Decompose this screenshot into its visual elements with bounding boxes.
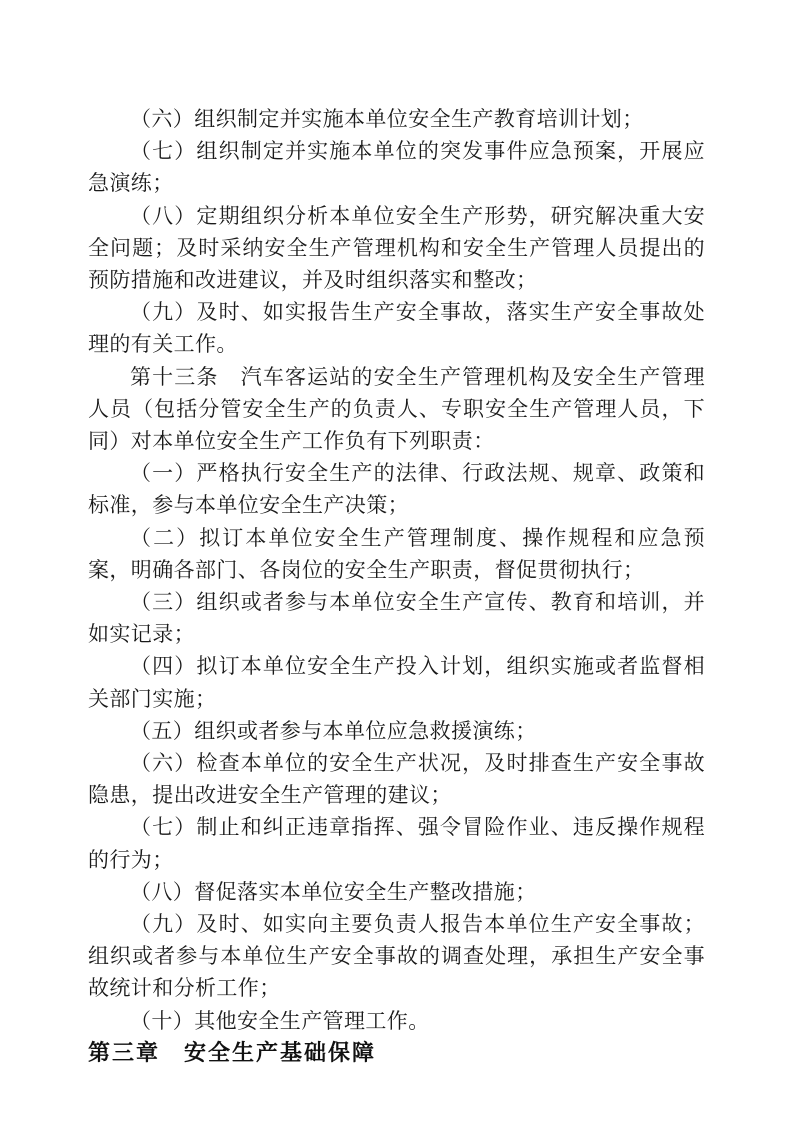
body-paragraph: （三）组织或者参与本单位安全生产宣传、教育和培训，并如实记录；	[88, 586, 705, 650]
article-paragraph: 第十三条 汽车客运站的安全生产管理机构及安全生产管理人员（包括分管安全生产的负责…	[88, 361, 705, 458]
document-page: （六）组织制定并实施本单位安全生产教育培训计划； （七）组织制定并实施本单位的突…	[0, 0, 793, 1122]
body-paragraph: （十）其他安全生产管理工作。	[88, 1005, 705, 1037]
document-content: （六）组织制定并实施本单位安全生产教育培训计划； （七）组织制定并实施本单位的突…	[88, 103, 705, 1069]
body-paragraph: （八）定期组织分析本单位安全生产形势，研究解决重大安全问题；及时采纳安全生产管理…	[88, 200, 705, 297]
body-paragraph: （九）及时、如实报告生产安全事故，落实生产安全事故处理的有关工作。	[88, 296, 705, 360]
body-paragraph: （六）检查本单位的安全生产状况，及时排查生产安全事故隐患，提出改进安全生产管理的…	[88, 747, 705, 811]
body-paragraph: （五）组织或者参与本单位应急救援演练；	[88, 715, 705, 747]
body-paragraph: （七）制止和纠正违章指挥、强令冒险作业、违反操作规程的行为；	[88, 811, 705, 875]
body-paragraph: （八）督促落实本单位安全生产整改措施；	[88, 876, 705, 908]
body-paragraph: （四）拟订本单位安全生产投入计划，组织实施或者监督相关部门实施；	[88, 650, 705, 714]
chapter-heading: 第三章 安全生产基础保障	[88, 1037, 705, 1069]
body-paragraph: （九）及时、如实向主要负责人报告本单位生产安全事故；组织或者参与本单位生产安全事…	[88, 908, 705, 1005]
body-paragraph: （一）严格执行安全生产的法律、行政法规、规章、政策和标准，参与本单位安全生产决策…	[88, 457, 705, 521]
body-paragraph: （六）组织制定并实施本单位安全生产教育培训计划；	[88, 103, 705, 135]
body-paragraph: （七）组织制定并实施本单位的突发事件应急预案，开展应急演练；	[88, 135, 705, 199]
body-paragraph: （二）拟订本单位安全生产管理制度、操作规程和应急预案，明确各部门、各岗位的安全生…	[88, 522, 705, 586]
